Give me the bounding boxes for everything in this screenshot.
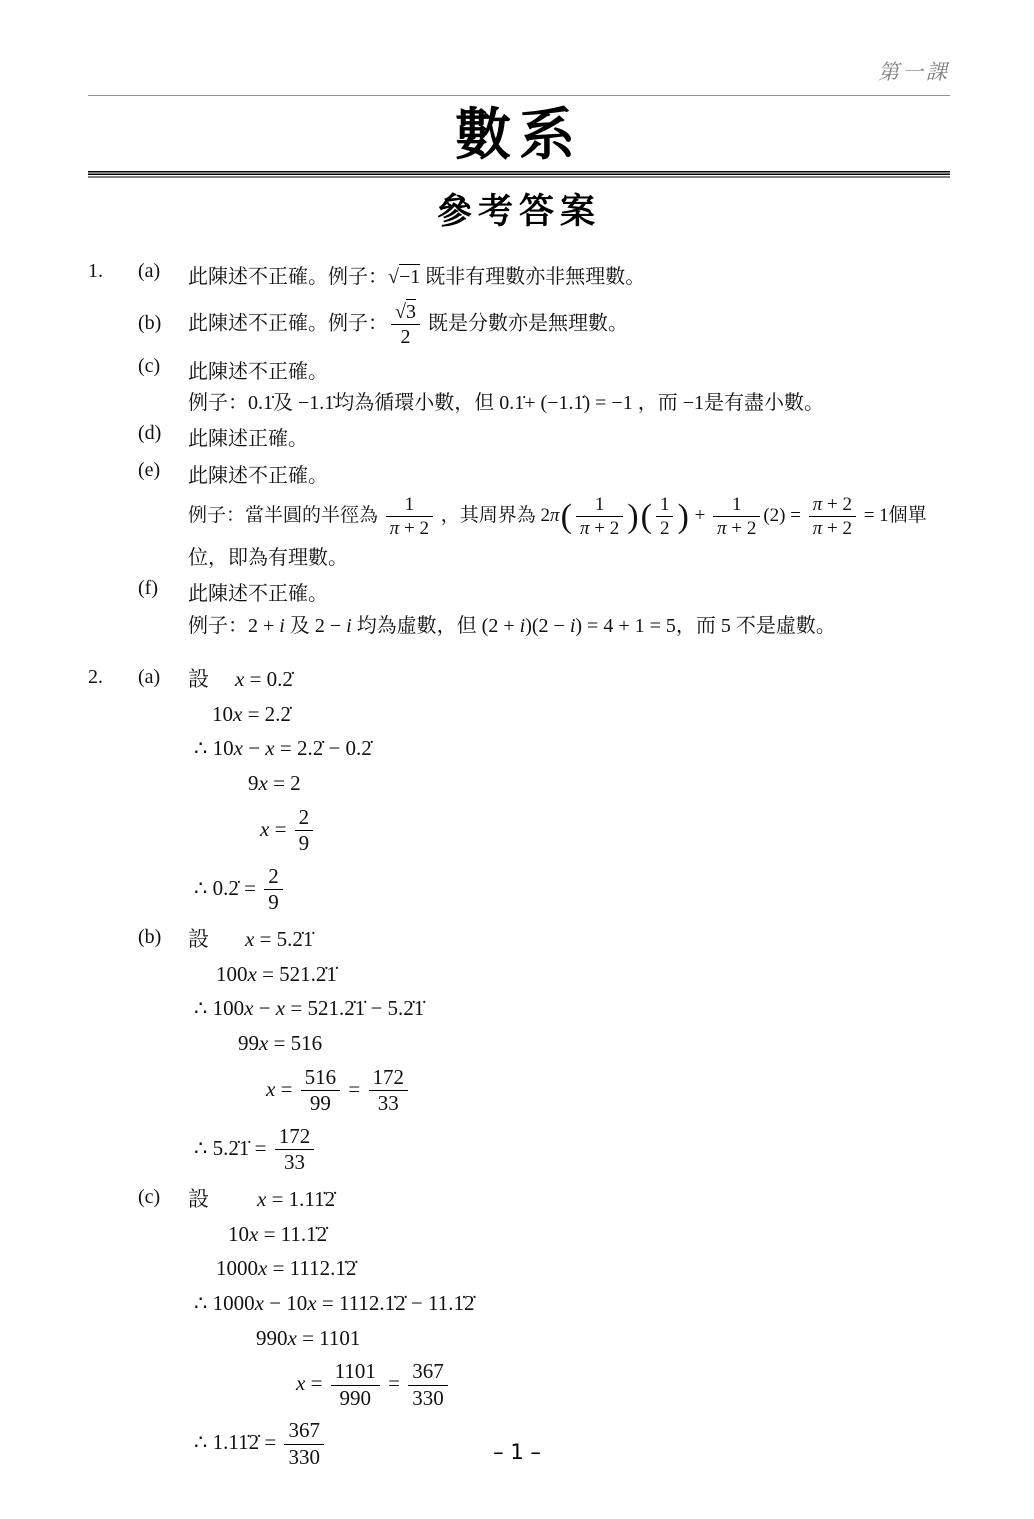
header-rule	[88, 95, 950, 96]
q2b-working: 100x = 521.2̇1̇ ∴ 100x − x = 521.2̇1̇ − …	[188, 961, 950, 1176]
answer-line: 此陳述不正確。例子：√32 既是分數亦是無理數。	[188, 300, 950, 350]
question-1: 1. (a) 此陳述不正確。例子：√−1 既非有理數亦非無理數。 (b) 此陳述…	[88, 260, 950, 639]
q1-item-a: 1. (a) 此陳述不正確。例子：√−1 既非有理數亦非無理數。	[88, 260, 950, 291]
q2c-working: 10x = 11.1̇2̇ 1000x = 1112.1̇2̇ ∴ 1000x …	[188, 1221, 950, 1471]
formula-line: 10x = 2.2̇	[212, 701, 950, 729]
item-label: (d)	[138, 422, 188, 445]
q1-item-b: (b) 此陳述不正確。例子：√32 既是分數亦是無理數。	[88, 297, 950, 350]
course-label: 第一課	[878, 60, 950, 84]
answer-line: 例子：2 + i 及 2 − i 均為虛數，但 (2 + i)(2 − i) =…	[188, 612, 950, 640]
q2a-working: 10x = 2.2̇ ∴ 10x − x = 2.2̇ − 0.2̇ 9x = …	[188, 701, 950, 916]
formula-line: 990x = 1101	[256, 1325, 950, 1353]
formula-line: x = 29	[260, 805, 950, 857]
answer-line: 例子：0.1̇及 −1.1̇均為循環小數，但 0.1̇+ (−1.1̇) = −…	[188, 389, 950, 417]
title-divider	[88, 171, 950, 179]
formula-line: 100x = 521.2̇1̇	[216, 961, 950, 989]
item-label: (f)	[138, 577, 188, 600]
question-number: 2.	[88, 666, 138, 689]
formula-line: ∴ 10x − x = 2.2̇ − 0.2̇	[194, 735, 950, 763]
item-label: (b)	[138, 926, 188, 949]
question-number: 1.	[88, 260, 138, 283]
item-label: (a)	[138, 260, 188, 283]
item-label: (b)	[138, 312, 188, 335]
formula-line: 設x = 5.2̇1̇	[188, 926, 950, 954]
question-2: 2. (a) 設x = 0.2̇ 10x = 2.2̇ ∴ 10x − x = …	[88, 666, 950, 1471]
q1-item-e: (e) 此陳述不正確。 例子：當半圓的半徑為 1π + 2 ，其周界為 2π(1…	[88, 459, 950, 572]
formula-line: 1000x = 1112.1̇2̇	[216, 1255, 950, 1283]
q1-item-d: (d) 此陳述正確。	[88, 422, 950, 453]
formula-line: x = 1101990 = 367330	[296, 1359, 950, 1411]
formula-line: 99x = 516	[238, 1030, 950, 1058]
item-label: (c)	[138, 355, 188, 378]
formula-line: 例子：當半圓的半徑為 1π + 2 ，其周界為 2π(1π + 2)(12) +…	[188, 493, 950, 541]
answer-line: 此陳述不正確。	[188, 358, 950, 386]
formula-line: 設x = 1.11̇2̇	[188, 1186, 950, 1214]
q1-item-f: (f) 此陳述不正確。 例子：2 + i 及 2 − i 均為虛數，但 (2 +…	[88, 577, 950, 640]
formula-line: 設x = 0.2̇	[188, 666, 950, 694]
answer-line: 此陳述不正確。	[188, 462, 950, 490]
formula-line: 9x = 2	[248, 770, 950, 798]
formula-line: x = 51699 = 17233	[266, 1065, 950, 1117]
formula-line: ∴ 5.2̇1̇ = 17233	[194, 1124, 950, 1176]
answer-line: 位，即為有理數。	[188, 544, 950, 572]
page-header: 第一課	[88, 0, 950, 96]
answer-line: 此陳述不正確。	[188, 580, 950, 608]
formula-line: ∴ 0.2̇ = 29	[194, 864, 950, 916]
q2-part-b: (b) 設x = 5.2̇1̇	[88, 926, 950, 954]
page-number: – 1 –	[0, 1440, 1034, 1464]
page-title: 數系	[88, 106, 950, 166]
q1-item-c: (c) 此陳述不正確。 例子：0.1̇及 −1.1̇均為循環小數，但 0.1̇+…	[88, 355, 950, 418]
q2-part-c: (c) 設x = 1.11̇2̇	[88, 1186, 950, 1214]
answer-line: 此陳述正確。	[188, 425, 950, 453]
formula-line: ∴ 1000x − 10x = 1112.1̇2̇ − 11.1̇2̇	[194, 1290, 950, 1318]
page-subtitle: 參考答案	[88, 184, 950, 234]
formula-line: ∴ 100x − x = 521.2̇1̇ − 5.2̇1̇	[194, 995, 950, 1023]
answer-line: 此陳述不正確。例子：√−1 既非有理數亦非無理數。	[188, 263, 950, 291]
q2-part-a: 2. (a) 設x = 0.2̇	[88, 666, 950, 694]
item-label: (a)	[138, 666, 188, 689]
item-label: (c)	[138, 1186, 188, 1209]
document-page: 第一課 數系 參考答案 1. (a) 此陳述不正確。例子：√−1 既非有理數亦非…	[0, 0, 1034, 1519]
formula-line: 10x = 11.1̇2̇	[228, 1221, 950, 1249]
item-label: (e)	[138, 459, 188, 482]
